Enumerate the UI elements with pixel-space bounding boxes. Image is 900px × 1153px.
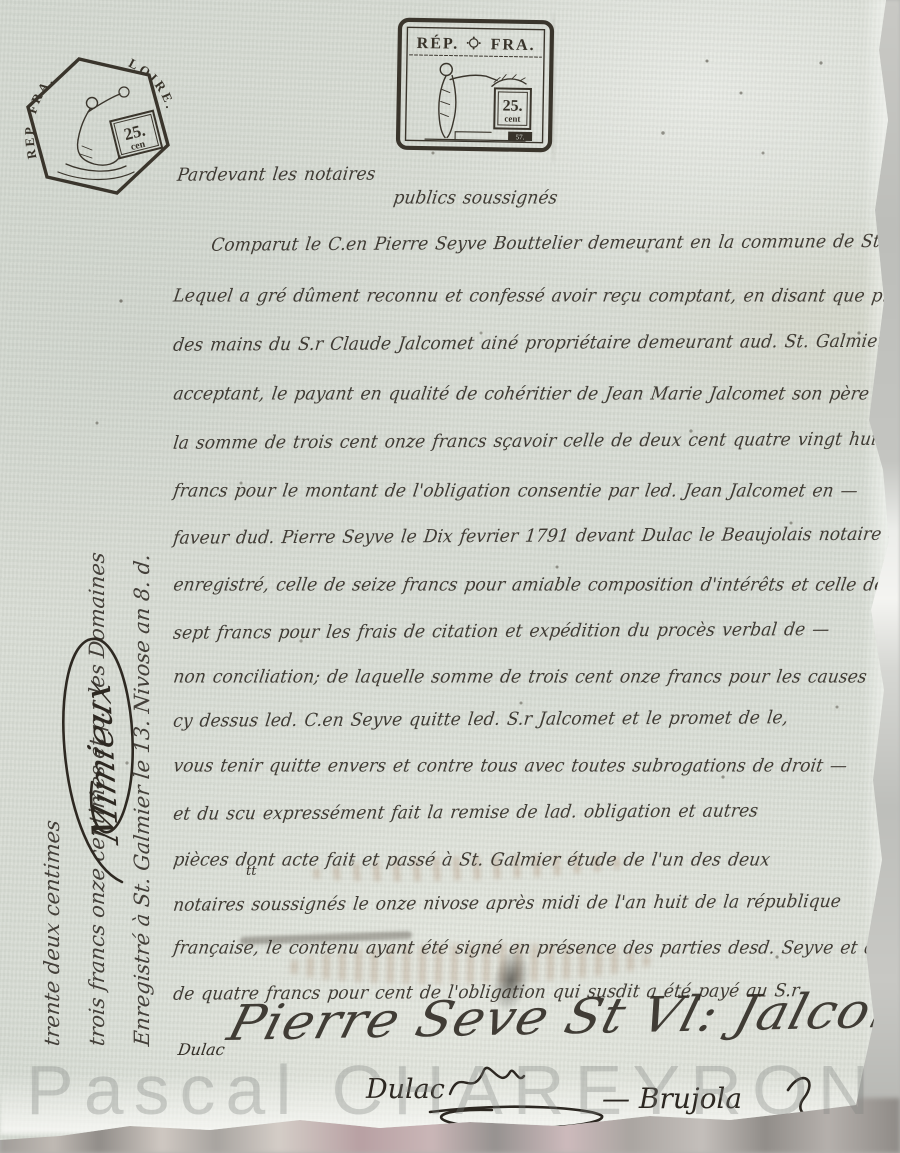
stamp-value-box: 25. cen [110, 111, 162, 159]
stamp-rep-label: RÉP. [417, 33, 460, 53]
handwritten-line: vous tenir quitte envers et contre tous … [172, 756, 849, 777]
handwritten-line: enregistré, celle de seize francs pour a… [172, 575, 886, 596]
handwritten-line: publics soussignés [392, 188, 559, 209]
handwritten-line: Comparut le C.en Pierre Seyve Bouttelier… [210, 231, 900, 256]
ink-specks [0, 0, 2, 2]
handwritten-line: la somme de trois cent onze francs sçavo… [172, 429, 900, 454]
stamp-plate-number: 57. [516, 133, 525, 141]
handwritten-line: francs pour le montant de l'obligation c… [172, 481, 859, 502]
interline-insertion: tt [246, 864, 256, 879]
watermark: Pascal CHAREYRON [26, 1050, 880, 1130]
paper: RÉP. FRA. 25. cent 57. [0, 0, 900, 1153]
handwritten-line: pièces dont acte fait et passé à St. Gal… [172, 850, 771, 871]
handwritten-line: française, le contenu ayant été signé en… [172, 938, 900, 959]
stamp-arc-right-label: LOIRE. [126, 56, 179, 113]
stamp-value-box: 25. cent 57. [494, 88, 533, 141]
handwritten-line: et du scu expressément fait la remise de… [172, 801, 759, 825]
handwritten-line: faveur dud. Pierre Seyve le Dix fevrier … [172, 524, 900, 549]
handwritten-line: Pardevant les notaires [176, 164, 377, 186]
revenue-stamp-hexagon: REP. FRA. LOIRE. 25. cen [14, 56, 182, 198]
handwritten-line: des mains du S.r Claude Jalcomet ainé pr… [172, 330, 900, 356]
stamp-unit: cen [130, 139, 147, 153]
stamp-ornament-icon [467, 36, 481, 49]
stamp-unit: cent [504, 114, 520, 124]
stamp-seated-figure [58, 87, 134, 180]
stamp-value: 25. [502, 97, 522, 114]
scanned-document-page: { "doc": { "watermark": "Pascal CHAREYRO… [0, 0, 900, 1153]
handwritten-line: non conciliation; de laquelle somme de t… [172, 667, 868, 688]
handwritten-line: notaires soussignés le onze nivose après… [172, 891, 842, 916]
svg-text:LOIRE.: LOIRE. [126, 56, 179, 113]
stamp-fra-label: FRA. [491, 36, 536, 54]
revenue-stamp-square: RÉP. FRA. 25. cent 57. [395, 17, 555, 154]
margin-registration-note: trente deux centimes trois francs onze c… [30, 531, 172, 1046]
handwritten-line: cy dessus led. C.en Seyve quitte led. S.… [172, 707, 789, 732]
handwritten-line: acceptant, le payant en qualité de cohér… [172, 384, 900, 405]
handwritten-line: Lequel a gré dûment reconnu et confessé … [172, 286, 900, 307]
handwritten-line: sept francs pour les frais de citation e… [172, 619, 831, 644]
